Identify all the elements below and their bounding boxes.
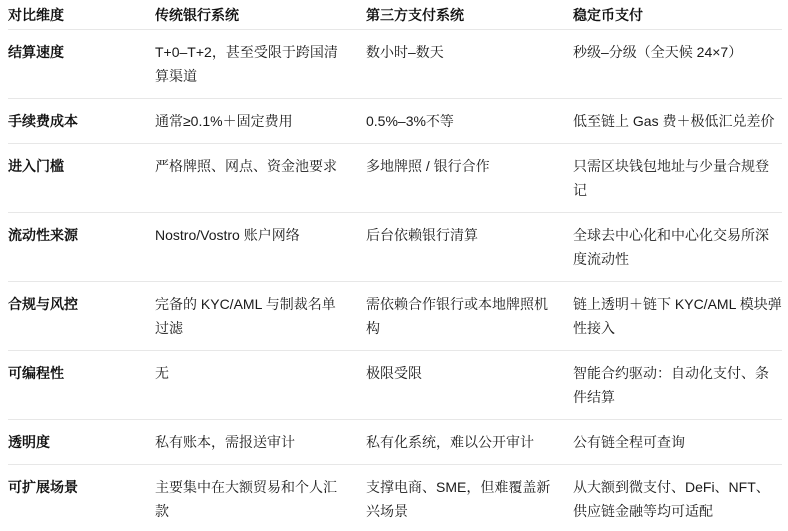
row-label: 流动性来源 (8, 213, 155, 282)
column-header-stablecoin-payment: 稳定币支付 (573, 0, 782, 30)
column-header-traditional-banking: 传统银行系统 (155, 0, 366, 30)
row-label: 可扩展场景 (8, 465, 155, 531)
table-cell: 通常≥0.1%＋固定费用 (155, 99, 366, 144)
row-label: 手续费成本 (8, 99, 155, 144)
row-label: 透明度 (8, 420, 155, 465)
row-label: 结算速度 (8, 30, 155, 99)
table-cell: 多地牌照 / 银行合作 (366, 144, 573, 213)
table-cell: 无 (155, 351, 366, 420)
table-cell: 只需区块钱包地址与少量合规登记 (573, 144, 782, 213)
comparison-table: 对比维度 传统银行系统 第三方支付系统 稳定币支付 结算速度 T+0–T+2，甚… (0, 0, 788, 531)
table-cell: T+0–T+2，甚至受限于跨国清算渠道 (155, 30, 366, 99)
table-cell: 数小时–数天 (366, 30, 573, 99)
table-cell: 低至链上 Gas 费＋极低汇兑差价 (573, 99, 782, 144)
table-cell: 严格牌照、网点、资金池要求 (155, 144, 366, 213)
table-row-scalable-scenarios: 可扩展场景 主要集中在大额贸易和个人汇款 支撑电商、SME，但难覆盖新兴场景 从… (8, 465, 782, 531)
table-cell: 公有链全程可查询 (573, 420, 782, 465)
payment-systems-comparison-table: 对比维度 传统银行系统 第三方支付系统 稳定币支付 结算速度 T+0–T+2，甚… (8, 0, 782, 531)
table-cell: 极限受限 (366, 351, 573, 420)
table-cell: 需依赖合作银行或本地牌照机构 (366, 282, 573, 351)
row-label: 可编程性 (8, 351, 155, 420)
column-header-dimension: 对比维度 (8, 0, 155, 30)
table-cell: 主要集中在大额贸易和个人汇款 (155, 465, 366, 531)
table-cell: 链上透明＋链下 KYC/AML 模块弹性接入 (573, 282, 782, 351)
table-row-transparency: 透明度 私有账本，需报送审计 私有化系统，难以公开审计 公有链全程可查询 (8, 420, 782, 465)
table-row-settlement-speed: 结算速度 T+0–T+2，甚至受限于跨国清算渠道 数小时–数天 秒级–分级（全天… (8, 30, 782, 99)
table-row-liquidity-source: 流动性来源 Nostro/Vostro 账户网络 后台依赖银行清算 全球去中心化… (8, 213, 782, 282)
table-cell: 智能合约驱动：自动化支付、条件结算 (573, 351, 782, 420)
table-cell: 完备的 KYC/AML 与制裁名单过滤 (155, 282, 366, 351)
table-cell: 私有化系统，难以公开审计 (366, 420, 573, 465)
column-header-third-party-payment: 第三方支付系统 (366, 0, 573, 30)
table-row-compliance-risk: 合规与风控 完备的 KYC/AML 与制裁名单过滤 需依赖合作银行或本地牌照机构… (8, 282, 782, 351)
table-row-entry-barrier: 进入门槛 严格牌照、网点、资金池要求 多地牌照 / 银行合作 只需区块钱包地址与… (8, 144, 782, 213)
table-cell: Nostro/Vostro 账户网络 (155, 213, 366, 282)
table-header-row: 对比维度 传统银行系统 第三方支付系统 稳定币支付 (8, 0, 782, 30)
table-row-programmability: 可编程性 无 极限受限 智能合约驱动：自动化支付、条件结算 (8, 351, 782, 420)
row-label: 进入门槛 (8, 144, 155, 213)
table-cell: 后台依赖银行清算 (366, 213, 573, 282)
row-label: 合规与风控 (8, 282, 155, 351)
table-cell: 全球去中心化和中心化交易所深度流动性 (573, 213, 782, 282)
table-cell: 支撑电商、SME，但难覆盖新兴场景 (366, 465, 573, 531)
table-cell: 私有账本，需报送审计 (155, 420, 366, 465)
table-cell: 秒级–分级（全天候 24×7） (573, 30, 782, 99)
table-row-fee-cost: 手续费成本 通常≥0.1%＋固定费用 0.5%–3%不等 低至链上 Gas 费＋… (8, 99, 782, 144)
table-cell: 0.5%–3%不等 (366, 99, 573, 144)
table-cell: 从大额到微支付、DeFi、NFT、供应链金融等均可适配 (573, 465, 782, 531)
